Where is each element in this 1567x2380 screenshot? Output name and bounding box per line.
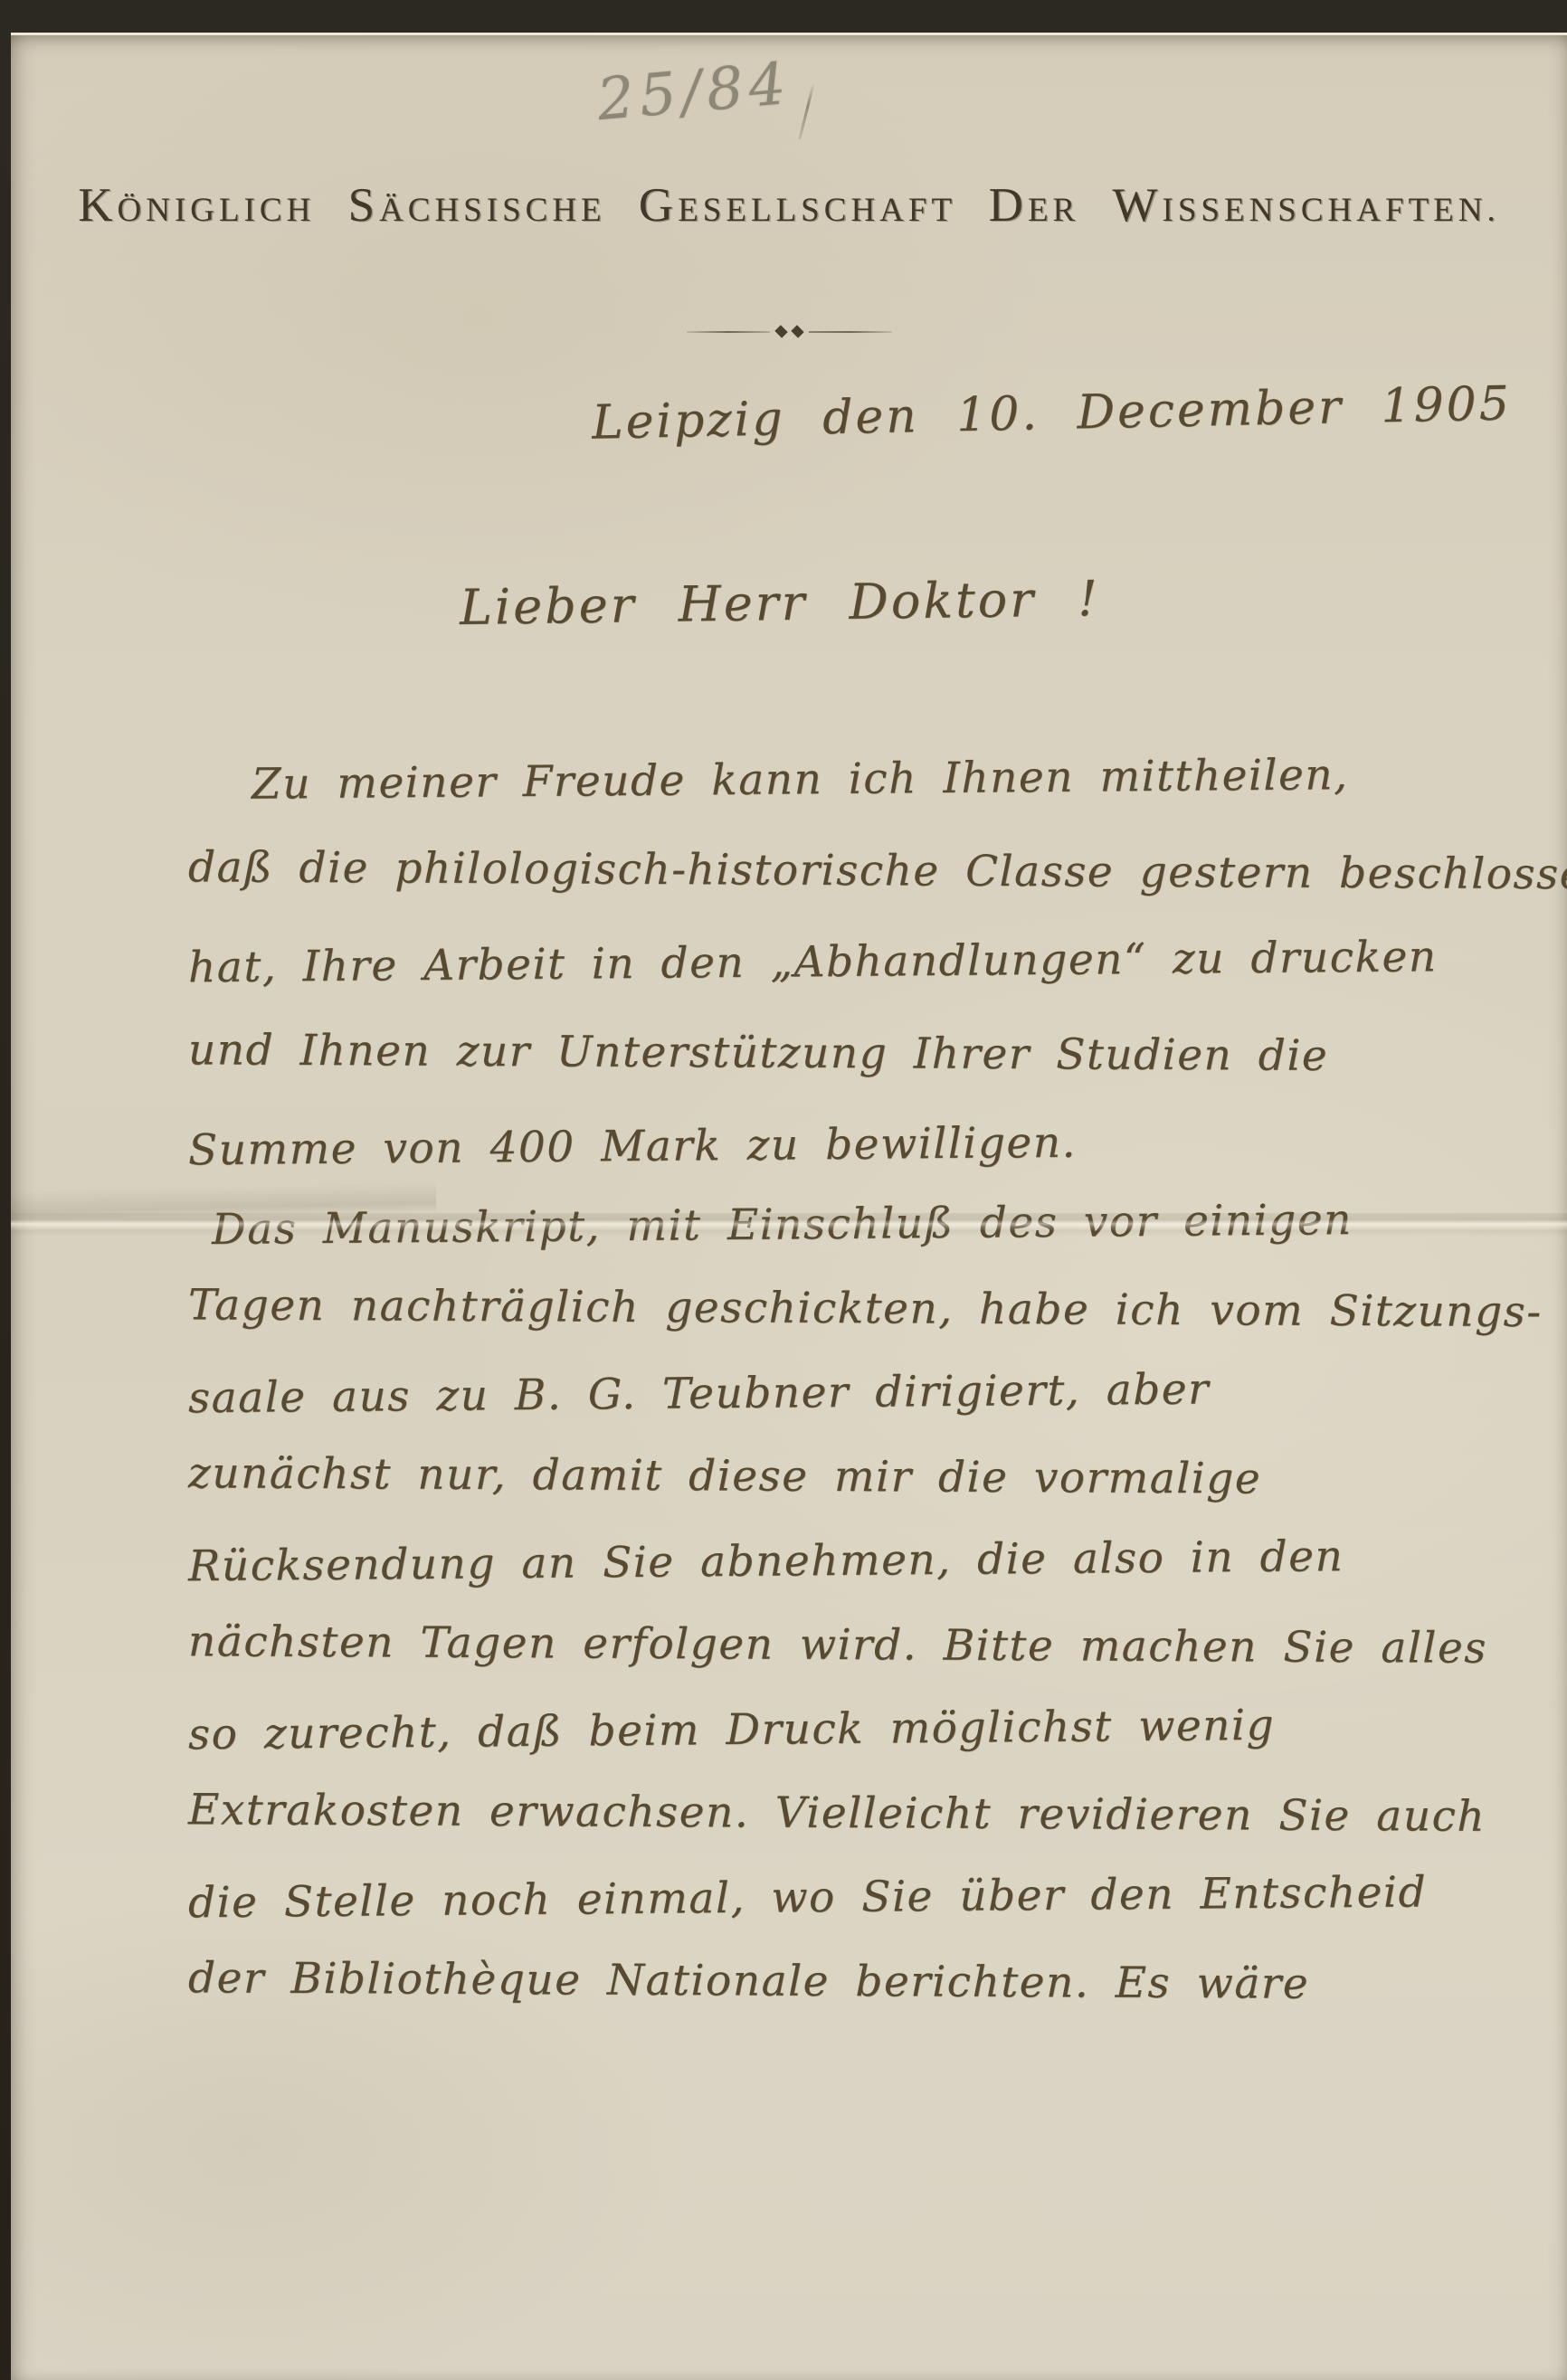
handwriting-line: saale aus zu B. G. Teubner dirigiert, ab… [188, 1345, 1483, 1440]
letter-paragraph: Zu meiner Freude kann ich Ihnen mittheil… [188, 734, 1482, 1190]
handwriting-line: Tagen nachträglich geschickten, habe ich… [188, 1263, 1482, 1353]
divider-line-right [809, 331, 892, 333]
ink-stray-mark [798, 83, 814, 140]
handwriting-line: Extrakosten erwachsen. Vielleicht revidi… [188, 1768, 1482, 1858]
letterhead-title: KÖNIGLICH SÄCHSISCHE GESELLSCHAFT DER WI… [11, 178, 1567, 232]
handwritten-dateline: Leipzig den 10. December 1905 [591, 376, 1512, 450]
handwriting-line: daß die philologisch-historische Classe … [188, 821, 1483, 919]
divider-line-left [687, 331, 770, 333]
handwritten-salutation: Lieber Herr Doktor ! [460, 570, 1101, 636]
letter-paragraph: Das Manuskript, mit Einschluß des vor ei… [188, 1182, 1482, 2024]
handwriting-line: zunächst nur, damit diese mir die vormal… [188, 1431, 1482, 1522]
handwriting-line: nächsten Tagen erfolgen wird. Bitte mach… [188, 1599, 1482, 1690]
letterhead-divider [11, 327, 1567, 337]
handwriting-line: hat, Ihre Arbeit in den „Abhandlungen“ z… [188, 911, 1483, 1013]
pencil-archival-number: 25/84 [594, 51, 793, 134]
letter-paper: 25/84 KÖNIGLICH SÄCHSISCHE GESELLSCHAFT … [11, 33, 1567, 2380]
handwriting-line: Zu meiner Freude kann ich Ihnen mittheil… [188, 728, 1483, 830]
scanned-letter-page: 25/84 KÖNIGLICH SÄCHSISCHE GESELLSCHAFT … [0, 0, 1567, 2380]
fold-crease [11, 1213, 1567, 1237]
handwriting-line: Rücksendung an Sie abnehmen, die also in… [188, 1513, 1483, 1608]
handwriting-line: und Ihnen zur Unterstützung Ihrer Studie… [188, 1004, 1483, 1102]
handwriting-line: die Stelle noch einmal, wo Sie über den … [188, 1850, 1483, 1945]
handwriting-line: so zurecht, daß beim Druck möglichst wen… [188, 1682, 1483, 1777]
handwriting-line: der Bibliothèque Nationale berichten. Es… [188, 1936, 1482, 2026]
diamond-icon [774, 325, 787, 337]
diamond-icon [791, 325, 803, 337]
